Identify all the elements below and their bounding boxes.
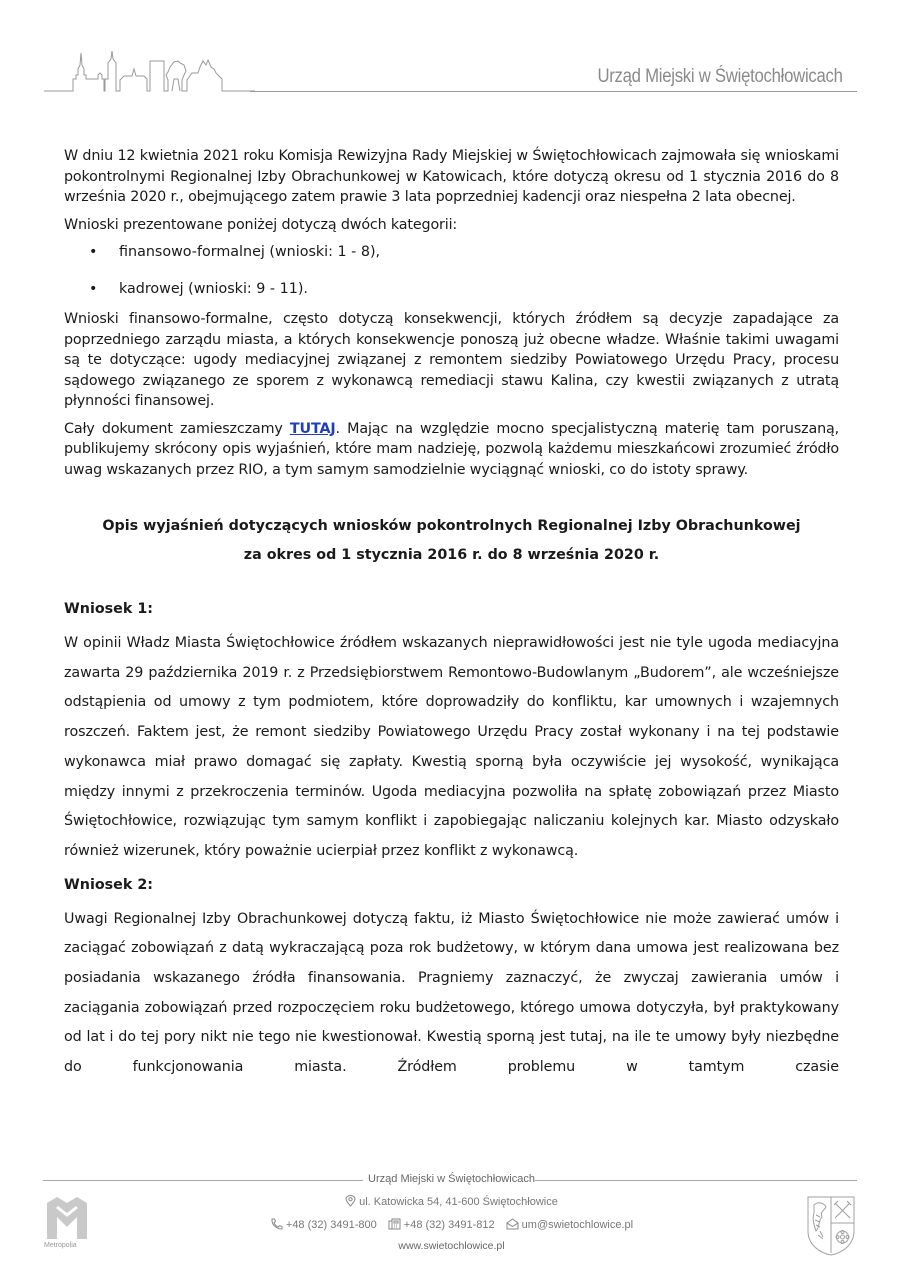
wniosek-1-body: W opinii Władz Miasta Świętochłowice źró… bbox=[64, 629, 839, 867]
email-contact[interactable]: um@swietochlowice.pl bbox=[506, 1219, 633, 1231]
page-header: Urząd Miejski w Świętochłowicach bbox=[0, 0, 903, 100]
intro-paragraph-2: Wnioski prezentowane poniżej dotyczą dwó… bbox=[64, 215, 839, 236]
fax-icon bbox=[388, 1218, 401, 1230]
bullet-icon: • bbox=[89, 242, 97, 262]
bullet-icon: • bbox=[89, 279, 97, 299]
section-title-line-1: Opis wyjaśnień dotyczących wniosków poko… bbox=[64, 512, 839, 541]
footer-address: ul. Katowicka 54, 41-600 Świętochłowice bbox=[0, 1195, 903, 1208]
section-title: Opis wyjaśnień dotyczących wniosków poko… bbox=[64, 512, 839, 570]
phone-number: +48 (32) 3491-800 bbox=[286, 1219, 377, 1231]
fax-number: +48 (32) 3491-812 bbox=[404, 1219, 495, 1231]
intro-paragraph-3: Wnioski finansowo-formalne, często dotyc… bbox=[64, 309, 839, 412]
footer-contacts: +48 (32) 3491-800 +48 (32) 3491-812 um@s… bbox=[0, 1218, 903, 1231]
intro-paragraph-1: W dniu 12 kwietnia 2021 roku Komisja Rew… bbox=[64, 146, 839, 208]
category-list: • finansowo-formalnej (wnioski: 1 - 8), … bbox=[64, 242, 839, 299]
address-text: ul. Katowicka 54, 41-600 Świętochłowice bbox=[359, 1196, 558, 1208]
fax-contact: +48 (32) 3491-812 bbox=[388, 1219, 498, 1231]
city-skyline-icon bbox=[40, 45, 255, 95]
header-title: Urząd Miejski w Świętochłowicach bbox=[598, 66, 843, 88]
metropolia-label: Metropolia bbox=[44, 1242, 77, 1249]
phone-contact: +48 (32) 3491-800 bbox=[270, 1219, 380, 1231]
footer-title: Urząd Miejski w Świętochłowicach bbox=[0, 1173, 903, 1185]
category-label: finansowo-formalnej (wnioski: 1 - 8), bbox=[119, 244, 380, 260]
header-divider bbox=[250, 91, 857, 92]
footer-website[interactable]: www.swietochlowice.pl bbox=[0, 1240, 903, 1252]
wniosek-2-heading: Wniosek 2: bbox=[64, 877, 839, 893]
section-title-line-2: za okres od 1 stycznia 2016 r. do 8 wrze… bbox=[64, 541, 839, 570]
metropolia-logo-icon bbox=[42, 1195, 92, 1241]
intro-section: W dniu 12 kwietnia 2021 roku Komisja Rew… bbox=[64, 146, 839, 480]
location-pin-icon bbox=[345, 1195, 356, 1207]
email-address[interactable]: um@swietochlowice.pl bbox=[522, 1219, 633, 1231]
document-body: W dniu 12 kwietnia 2021 roku Komisja Rew… bbox=[64, 146, 839, 1091]
phone-icon bbox=[270, 1218, 283, 1230]
wniosek-1-text: W opinii Władz Miasta Świętochłowice źró… bbox=[64, 629, 839, 867]
paragraph-text: Cały dokument zamieszczamy bbox=[64, 421, 290, 437]
email-icon bbox=[506, 1218, 519, 1230]
document-link[interactable]: TUTAJ bbox=[290, 421, 336, 437]
category-label: kadrowej (wnioski: 9 - 11). bbox=[119, 281, 308, 297]
wniosek-2-text: Uwagi Regionalnej Izby Obrachunkowej dot… bbox=[64, 905, 839, 1083]
wniosek-1-heading: Wniosek 1: bbox=[64, 601, 839, 617]
intro-paragraph-4: Cały dokument zamieszczamy TUTAJ. Mając … bbox=[64, 419, 839, 481]
coat-of-arms-icon bbox=[806, 1195, 856, 1257]
list-item: • finansowo-formalnej (wnioski: 1 - 8), bbox=[64, 242, 839, 262]
page-footer: Urząd Miejski w Świętochłowicach ul. Kat… bbox=[0, 1165, 903, 1277]
wniosek-2-body: Uwagi Regionalnej Izby Obrachunkowej dot… bbox=[64, 905, 839, 1083]
list-item: • kadrowej (wnioski: 9 - 11). bbox=[64, 279, 839, 299]
